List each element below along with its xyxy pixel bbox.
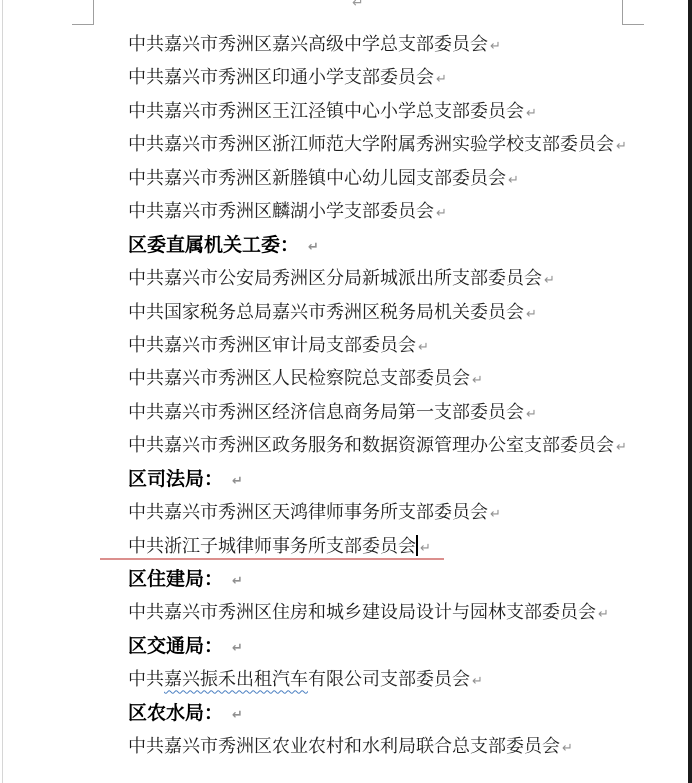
paragraph-mark-icon: ↵ bbox=[352, 0, 364, 11]
paragraph-mark-icon: ↵ bbox=[232, 641, 243, 656]
line-text: 区交通局： bbox=[128, 636, 223, 657]
margin-crop-mark-top-right-icon bbox=[622, 0, 644, 25]
line-text: 中共嘉兴市秀洲区天鸿律师事务所支部委员会 bbox=[128, 502, 488, 522]
party-branch-line[interactable]: 中共浙江子城律师事务所支部委员会↵ bbox=[128, 530, 672, 563]
party-branch-line[interactable]: 中共嘉兴市秀洲区印通小学支部委员会↵ bbox=[128, 61, 672, 94]
window-right-edge bbox=[688, 0, 692, 783]
party-branch-line[interactable]: 中共嘉兴市秀洲区农业农村和水利局联合总支部委员会↵ bbox=[128, 730, 672, 763]
line-text: 中共嘉兴市秀洲区政务服务和数据资源管理办公室支部委员会 bbox=[128, 435, 614, 455]
line-text: 中共嘉兴市秀洲区印通小学支部委员会 bbox=[128, 67, 434, 87]
party-branch-line[interactable]: 中共国家税务总局嘉兴市秀洲区税务局机关委员会↵ bbox=[128, 296, 672, 329]
line-text: 中共嘉兴市秀洲区新塍镇中心幼儿园支部委员会 bbox=[128, 168, 506, 188]
paragraph-mark-icon: ↵ bbox=[616, 139, 627, 154]
paragraph-mark-icon: ↵ bbox=[526, 307, 537, 322]
paragraph-mark-icon: ↵ bbox=[562, 741, 573, 756]
paragraph-mark-icon: ↵ bbox=[420, 541, 431, 556]
line-text: 中共嘉兴市秀洲区经济信息商务局第一支部委员会 bbox=[128, 402, 524, 422]
paragraph-mark-icon: ↵ bbox=[418, 340, 429, 355]
party-branch-line[interactable]: 中共嘉兴市秀洲区嘉兴高级中学总支部委员会↵ bbox=[128, 28, 672, 61]
paragraph-mark-icon: ↵ bbox=[544, 273, 555, 288]
party-branch-line[interactable]: 中共嘉兴市秀洲区政务服务和数据资源管理办公室支部委员会↵ bbox=[128, 429, 672, 462]
paragraph-mark-icon: ↵ bbox=[472, 674, 483, 689]
text-cursor bbox=[416, 535, 418, 556]
section-heading[interactable]: 区委直属机关工委：↵ bbox=[128, 229, 672, 262]
line-text: 中共国家税务总局嘉兴市秀洲区税务局机关委员会 bbox=[128, 302, 524, 322]
line-text: 区农水局： bbox=[128, 703, 223, 724]
party-branch-line[interactable]: 中共嘉兴市秀洲区浙江师范大学附属秀洲实验学校支部委员会↵ bbox=[128, 128, 672, 161]
line-text: 中共 bbox=[128, 669, 164, 689]
line-text: 中共嘉兴市秀洲区住房和城乡建设局设计与园林支部委员会 bbox=[128, 602, 596, 622]
paragraph-mark-icon: ↵ bbox=[436, 206, 447, 221]
party-branch-line[interactable]: 中共嘉兴市秀洲区天鸿律师事务所支部委员会↵ bbox=[128, 496, 672, 529]
line-text: 中共嘉兴市秀洲区麟湖小学支部委员会 bbox=[128, 201, 434, 221]
page-left-edge bbox=[2, 0, 3, 783]
margin-crop-mark-top-left-icon bbox=[72, 0, 94, 25]
paragraph-mark-icon: ↵ bbox=[526, 407, 537, 422]
party-branch-line[interactable]: 中共嘉兴市秀洲区王江泾镇中心小学总支部委员会↵ bbox=[128, 95, 672, 128]
party-branch-line[interactable]: 中共嘉兴市秀洲区新塍镇中心幼儿园支部委员会↵ bbox=[128, 162, 672, 195]
paragraph-mark-icon: ↵ bbox=[490, 39, 501, 54]
paragraph-mark-icon: ↵ bbox=[490, 507, 501, 522]
paragraph-mark-icon: ↵ bbox=[472, 373, 483, 388]
paragraph-mark-icon: ↵ bbox=[232, 574, 243, 589]
line-text: 中共嘉兴市秀洲区浙江师范大学附属秀洲实验学校支部委员会 bbox=[128, 134, 614, 154]
paragraph-mark-icon: ↵ bbox=[598, 607, 609, 622]
paragraph-mark-icon: ↵ bbox=[308, 240, 319, 255]
line-text: 中共嘉兴市秀洲区人民检察院总支部委员会 bbox=[128, 368, 470, 388]
section-heading[interactable]: 区农水局：↵ bbox=[128, 697, 672, 730]
line-text: 中共嘉兴市秀洲区嘉兴高级中学总支部委员会 bbox=[128, 34, 488, 54]
paragraph-mark-icon: ↵ bbox=[232, 474, 243, 489]
line-text: 区司法局： bbox=[128, 469, 223, 490]
document-text-area[interactable]: 中共嘉兴市秀洲区嘉兴高级中学总支部委员会↵中共嘉兴市秀洲区印通小学支部委员会↵中… bbox=[128, 28, 672, 764]
line-text: 中共嘉兴市秀洲区农业农村和水利局联合总支部委员会 bbox=[128, 736, 560, 756]
paragraph-mark-icon: ↵ bbox=[526, 106, 537, 121]
party-branch-line[interactable]: 中共嘉兴市秀洲区经济信息商务局第一支部委员会↵ bbox=[128, 396, 672, 429]
line-text: 有限公司支部委员会 bbox=[308, 669, 470, 689]
line-text: 中共嘉兴市秀洲区王江泾镇中心小学总支部委员会 bbox=[128, 101, 524, 121]
document-page[interactable]: ↵ 中共嘉兴市秀洲区嘉兴高级中学总支部委员会↵中共嘉兴市秀洲区印通小学支部委员会… bbox=[0, 0, 692, 783]
red-underlined-text: 中共浙江子城律师事务所支部委员会 bbox=[100, 536, 444, 560]
section-heading[interactable]: 区交通局：↵ bbox=[128, 630, 672, 663]
line-text: 中共嘉兴市公安局秀洲区分局新城派出所支部委员会 bbox=[128, 268, 542, 288]
paragraph-mark-icon: ↵ bbox=[508, 173, 519, 188]
section-heading[interactable]: 区司法局：↵ bbox=[128, 463, 672, 496]
spellcheck-flagged-text[interactable]: 嘉兴振禾出租汽车 bbox=[164, 669, 308, 689]
paragraph-mark-icon: ↵ bbox=[616, 440, 627, 455]
party-branch-line[interactable]: 中共嘉兴市公安局秀洲区分局新城派出所支部委员会↵ bbox=[128, 262, 672, 295]
party-branch-line[interactable]: 中共嘉兴市秀洲区麟湖小学支部委员会↵ bbox=[128, 195, 672, 228]
line-text: 区住建局： bbox=[128, 569, 223, 590]
party-branch-line[interactable]: 中共嘉兴市秀洲区住房和城乡建设局设计与园林支部委员会↵ bbox=[128, 596, 672, 629]
line-text: 中共嘉兴市秀洲区审计局支部委员会 bbox=[128, 335, 416, 355]
line-text: 区委直属机关工委： bbox=[128, 235, 299, 256]
party-branch-line[interactable]: 中共嘉兴振禾出租汽车有限公司支部委员会↵ bbox=[128, 663, 672, 696]
party-branch-line[interactable]: 中共嘉兴市秀洲区人民检察院总支部委员会↵ bbox=[128, 362, 672, 395]
paragraph-mark-icon: ↵ bbox=[436, 72, 447, 87]
section-heading[interactable]: 区住建局：↵ bbox=[128, 563, 672, 596]
party-branch-line[interactable]: 中共嘉兴市秀洲区审计局支部委员会↵ bbox=[128, 329, 672, 362]
paragraph-mark-icon: ↵ bbox=[232, 708, 243, 723]
